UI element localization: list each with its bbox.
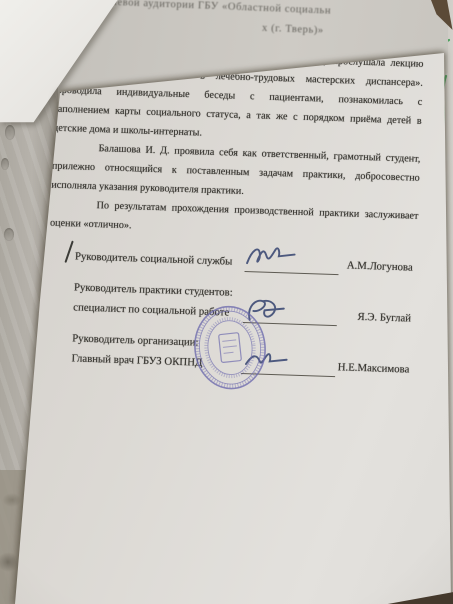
signature-line [245, 256, 339, 275]
signature-row: Руководитель социальной службыА.М.Логуно… [49, 246, 417, 278]
document-text: За время прохождения практики Балашова И… [45, 43, 424, 380]
signatory-name: Я.Э. Буглай [357, 307, 415, 329]
document-page-wrap: За время прохождения практики Балашова И… [0, 0, 453, 604]
report-paragraphs: За время прохождения практики Балашова И… [50, 43, 424, 245]
signatory-name: Н.Е.Максимова [337, 357, 413, 379]
document-page: За время прохождения практики Балашова И… [0, 0, 453, 604]
signature-group: Руководитель социальной службыА.М.Логуно… [49, 246, 417, 278]
round-seal-stamp [188, 301, 273, 395]
paragraph-line: За время прохождения практики Балашова И… [55, 43, 423, 74]
handwritten-signature [241, 245, 304, 274]
signatory-name: А.М.Логунова [346, 255, 417, 277]
signature-role: Руководитель социальной службы [49, 246, 246, 272]
paragraph: За время прохождения практики Балашова И… [53, 43, 424, 150]
photo-of-document: целевой аудитории ГБУ «Областной социаль… [0, 0, 453, 604]
